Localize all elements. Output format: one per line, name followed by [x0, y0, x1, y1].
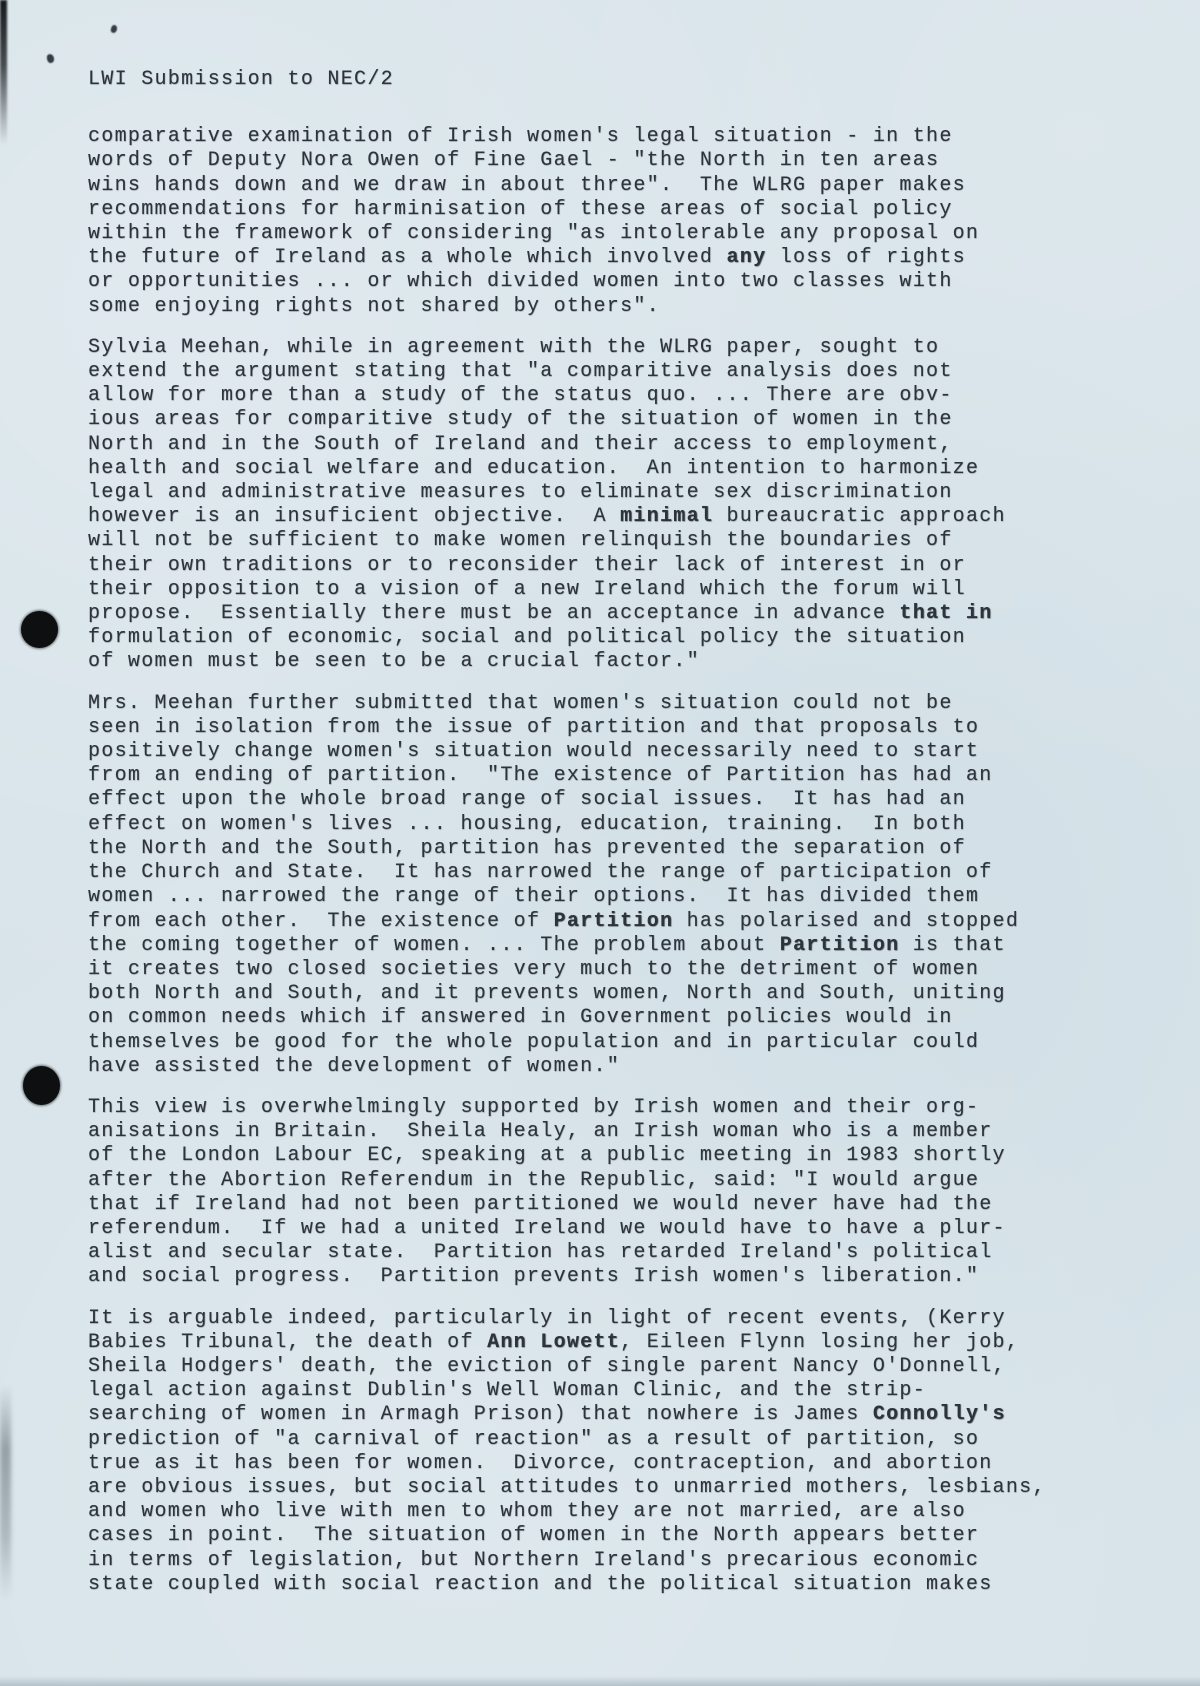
scan-bottom-edge-shadow: [0, 1676, 1200, 1686]
hole-punch-bottom-icon: [23, 1066, 60, 1105]
page-header: LWI Submission to NEC/2: [88, 68, 1168, 92]
document-text-block: LWI Submission to NEC/2 comparative exam…: [88, 68, 1168, 1614]
paragraph-1: comparative examination of Irish women's…: [88, 125, 1168, 319]
ink-speck-icon: [110, 24, 118, 33]
hole-punch-top-icon: [21, 611, 58, 648]
scan-edge-top-left: [0, 0, 7, 145]
paragraph-4: This view is overwhelmingly supported by…: [88, 1096, 1168, 1290]
paragraph-3: Mrs. Meehan further submitted that women…: [88, 692, 1168, 1079]
scanned-document-page: LWI Submission to NEC/2 comparative exam…: [0, 0, 1200, 1686]
paragraph-2: Sylvia Meehan, while in agreement with t…: [88, 336, 1168, 675]
scan-smudge-bottom-left: [0, 1385, 11, 1600]
paragraph-5: It is arguable indeed, particularly in l…: [88, 1307, 1168, 1597]
ink-speck-icon: [46, 53, 55, 63]
